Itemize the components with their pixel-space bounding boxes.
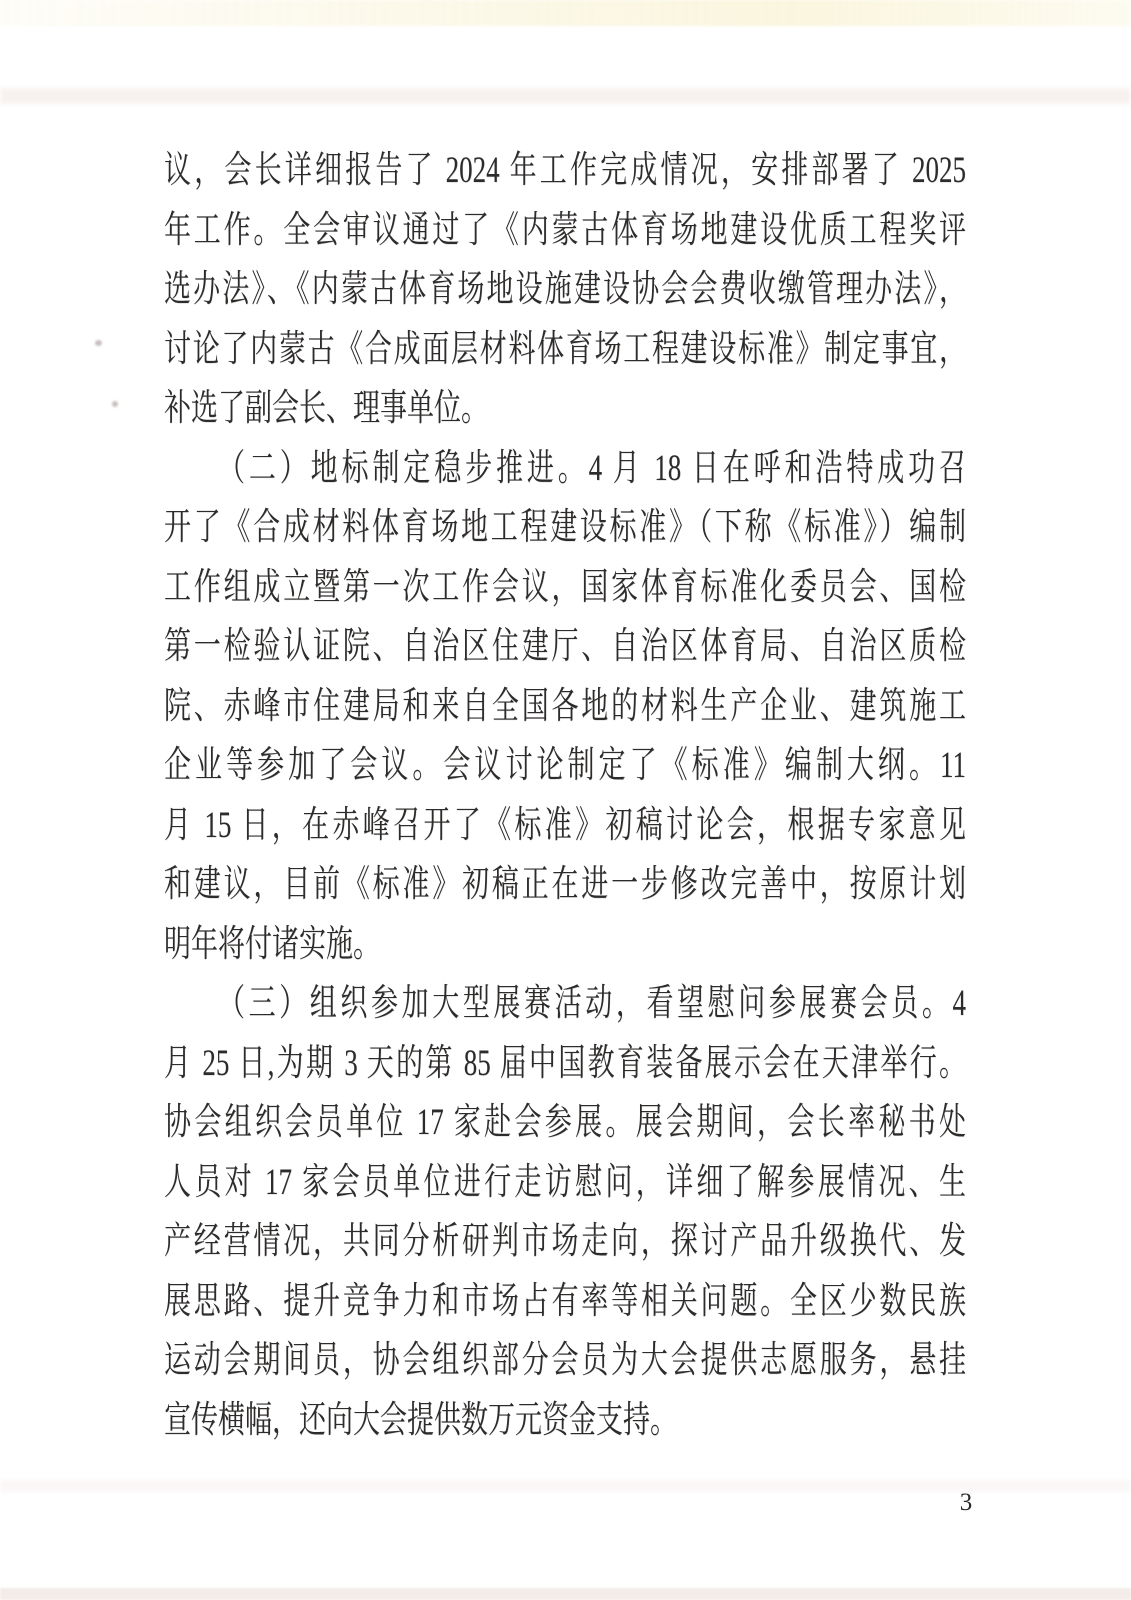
- text-line: 宣传横幅，还向大会提供数万元资金支持。: [164, 1380, 966, 1461]
- scan-speck: [95, 340, 102, 346]
- scan-artifact-band: [0, 1588, 1131, 1600]
- scan-artifact-band: [0, 0, 1131, 26]
- page-number: 3: [951, 1487, 981, 1519]
- scan-artifact-band: [0, 88, 1131, 104]
- document-body-text: 议，会长详细报告了 2024 年工作完成情况，安排部署了 2025年工作。全会审…: [164, 141, 966, 1450]
- scanned-document-page: 议，会长详细报告了 2024 年工作完成情况，安排部署了 2025年工作。全会审…: [0, 0, 1131, 1600]
- scan-speck: [112, 401, 118, 407]
